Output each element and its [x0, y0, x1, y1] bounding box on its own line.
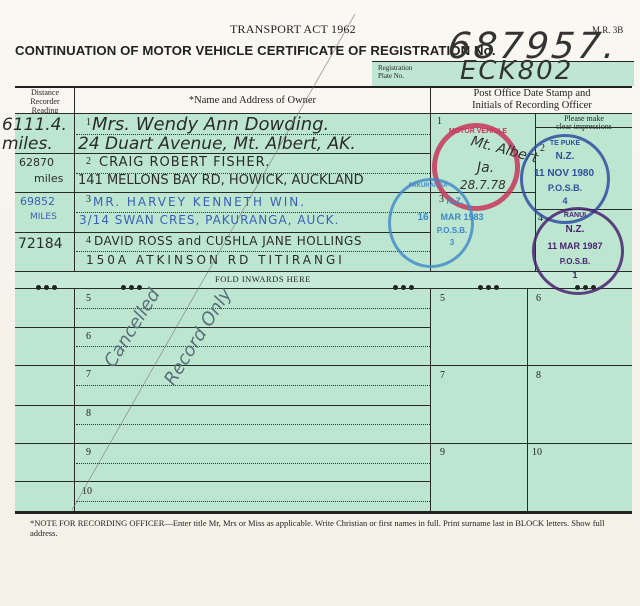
te-puke-stamp-town: TE PUKE	[540, 140, 590, 147]
ranui-stamp	[532, 207, 624, 295]
recording-officer-note: *NOTE FOR RECORDING OFFICER—Enter title …	[30, 519, 610, 538]
ranui-stamp-country: N.Z.	[555, 224, 595, 235]
certificate-document: TRANSPORT ACT 1962 M.R. 3B CONTINUATION …	[0, 0, 640, 606]
pakuranga-stamp-town: PAKURANGA	[398, 183, 458, 189]
cancellation-strike-line	[0, 0, 640, 606]
pakuranga-stamp-bank: P.O.S.B.	[432, 226, 472, 235]
pakuranga-stamp-day: 16	[413, 212, 433, 223]
ranui-stamp-num: 1	[545, 270, 605, 280]
pakuranga-stamp	[388, 178, 474, 268]
ranui-stamp-date: 11 MAR 1987	[535, 241, 615, 251]
te-puke-stamp-num: 4	[540, 196, 590, 206]
pakuranga-stamp-num: 3	[432, 238, 472, 247]
te-puke-stamp-date: 11 NOV 1980	[524, 168, 604, 179]
ranui-stamp-bank: P.O.S.B.	[545, 257, 605, 266]
ranui-stamp-town: RANUI	[555, 212, 595, 219]
pakuranga-stamp-country: N.Z.	[440, 196, 470, 206]
red-stamp-initials: Ja.	[477, 160, 494, 176]
pakuranga-stamp-date: MAR 1983	[432, 212, 492, 222]
te-puke-stamp-bank: P.O.S.B.	[540, 183, 590, 193]
te-puke-stamp-country: N.Z.	[540, 151, 590, 162]
red-stamp-date: 28.7.78	[460, 178, 506, 192]
